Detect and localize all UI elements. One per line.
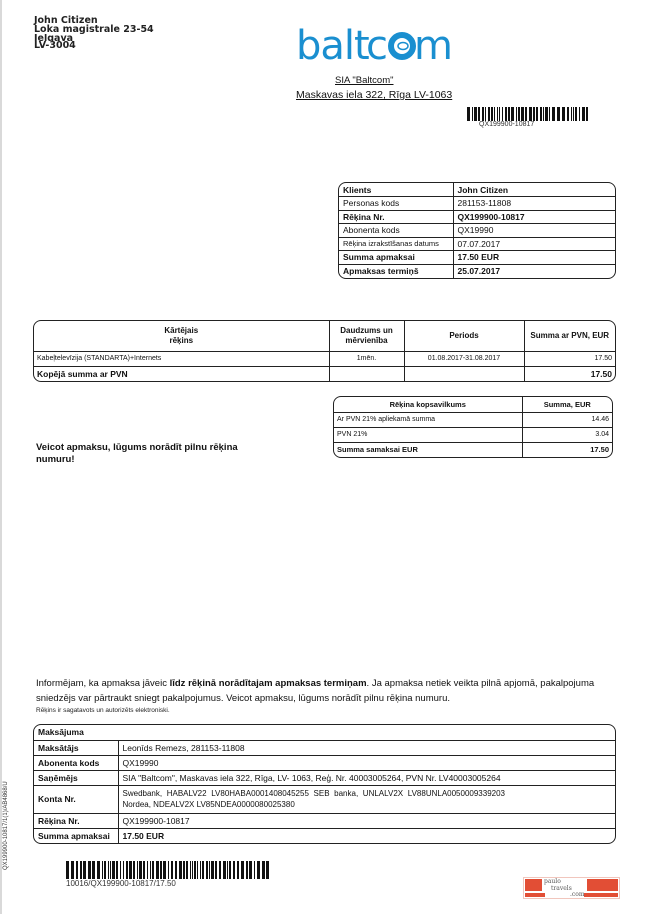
electronic-note: Rēķins ir sagatavots un autorizēts elekt… [36, 707, 170, 714]
table-row: Ar PVN 21% apliekamā summa 14.46 [334, 412, 612, 427]
company-name: SIA "Baltcom" [335, 75, 394, 86]
table-row: Rēķina Nr.QX199900-10817 [34, 813, 615, 828]
table-row: Abonenta kodsQX19990 [339, 224, 615, 238]
summary-header-label: Rēķina kopsavilkums [334, 397, 522, 412]
table-row: SaņēmējsSIA "Baltcom", Maskavas iela 322… [34, 770, 615, 785]
table-row: Apmaksas termiņš25.07.2017 [339, 264, 615, 278]
info-paragraph: Informējam, ka apmaksa jāveic līdz rēķin… [36, 677, 616, 706]
col-qty: Daudzums un mērvienība [329, 321, 404, 351]
table-row: Personas kods281153-11808 [339, 197, 615, 211]
bottom-barcode-label: 10016/QX199900-10817/17.50 [66, 879, 176, 888]
payment-table: Maksājuma MaksātājsLeonīds Remezs, 28115… [33, 724, 616, 844]
summary-table: Rēķina kopsavilkums Summa, EUR Ar PVN 21… [333, 396, 613, 458]
payment-label: Saņēmējs [34, 770, 118, 785]
table-row: KlientsJohn Citizen [339, 183, 615, 197]
payment-label: Maksātājs [34, 740, 118, 755]
payment-label: Abonenta kods [34, 755, 118, 770]
payment-title: Maksājuma [34, 725, 615, 740]
total-row: Kopējā summa ar PVN 17.50 [34, 366, 615, 381]
payment-notice: Veicot apmaksu, lūgums norādīt pilnu rēķ… [36, 442, 276, 466]
payment-label: Rēķina Nr. [34, 813, 118, 828]
table-row: Rēķina izrakstīšanas datums07.07.2017 [339, 237, 615, 251]
payment-value: Leonīds Remezs, 281153-11808 [118, 740, 615, 755]
client-info-table: KlientsJohn CitizenPersonas kods281153-1… [338, 182, 616, 279]
total-value: 17.50 [524, 366, 615, 381]
client-label: Abonenta kods [339, 224, 453, 238]
bottom-barcode [66, 861, 271, 879]
table-row: Konta Nr.Swedbank, HABALV22 LV80HABA0001… [34, 785, 615, 813]
watermark-logo: paulo travels .com [523, 877, 620, 899]
payment-label: Summa apmaksai [34, 828, 118, 843]
invoice-lines-table: Kārtējais rēķins Daudzums un mērvienība … [33, 320, 616, 382]
client-value: 281153-11808 [453, 197, 615, 211]
payment-value: QX199900-10817 [118, 813, 615, 828]
svg-text:m: m [414, 24, 453, 68]
col-amount: Summa ar PVN, EUR [524, 321, 615, 351]
company-address: Maskavas iela 322, Rīga LV-1063 [296, 89, 452, 101]
side-code: QX199900-10817/1(1)/AB4868/U [3, 781, 9, 870]
client-value: 25.07.2017 [453, 264, 615, 278]
client-value: QX199900-10817 [453, 210, 615, 224]
line-qty: 1mēn. [329, 351, 404, 366]
payment-value: QX19990 [118, 755, 615, 770]
client-label: Rēķina Nr. [339, 210, 453, 224]
client-value: 17.50 EUR [453, 251, 615, 265]
client-label: Rēķina izrakstīšanas datums [339, 237, 453, 251]
payment-value: 17.50 EUR [118, 828, 615, 843]
col-item: Kārtējais rēķins [34, 321, 329, 351]
client-label: Personas kods [339, 197, 453, 211]
client-label: Summa apmaksai [339, 251, 453, 265]
summary-header-amount: Summa, EUR [522, 397, 612, 412]
col-period: Periods [404, 321, 524, 351]
client-label: Apmaksas termiņš [339, 264, 453, 278]
top-barcode-label: QX199900-10817 [479, 121, 534, 128]
payment-label: Konta Nr. [34, 785, 118, 813]
client-label: Klients [339, 183, 453, 197]
recipient-street: Loka magistrale 23-54 [34, 25, 154, 34]
client-value: QX19990 [453, 224, 615, 238]
payment-value: Swedbank, HABALV22 LV80HABA0001408045255… [118, 785, 615, 813]
table-row: Summa apmaksai17.50 EUR [339, 251, 615, 265]
page-edge [0, 0, 2, 914]
table-row: Kabeļtelevīzija (STANDARTA)+Internets 1m… [34, 351, 615, 366]
svg-text:c: c [366, 24, 388, 68]
table-row: MaksātājsLeonīds Remezs, 281153-11808 [34, 740, 615, 755]
table-row: Rēķina Nr.QX199900-10817 [339, 210, 615, 224]
svg-text:balt: balt [296, 24, 369, 68]
client-value: John Citizen [453, 183, 615, 197]
line-amount: 17.50 [524, 351, 615, 366]
baltcom-logo: balt c m [296, 24, 460, 68]
payment-value: SIA "Baltcom", Maskavas iela 322, Rīga, … [118, 770, 615, 785]
line-period: 01.08.2017-31.08.2017 [404, 351, 524, 366]
table-row: Summa apmaksai17.50 EUR [34, 828, 615, 843]
recipient-postcode: LV-3004 [34, 41, 154, 50]
recipient-address: John Citizen Loka magistrale 23-54 Jelga… [34, 16, 154, 50]
client-value: 07.07.2017 [453, 237, 615, 251]
top-barcode [467, 107, 589, 121]
table-row: Abonenta kodsQX19990 [34, 755, 615, 770]
total-label: Kopējā summa ar PVN [34, 366, 329, 381]
summary-total-row: Summa samaksai EUR 17.50 [334, 442, 612, 457]
line-item: Kabeļtelevīzija (STANDARTA)+Internets [34, 351, 329, 366]
table-row: PVN 21% 3.04 [334, 427, 612, 442]
